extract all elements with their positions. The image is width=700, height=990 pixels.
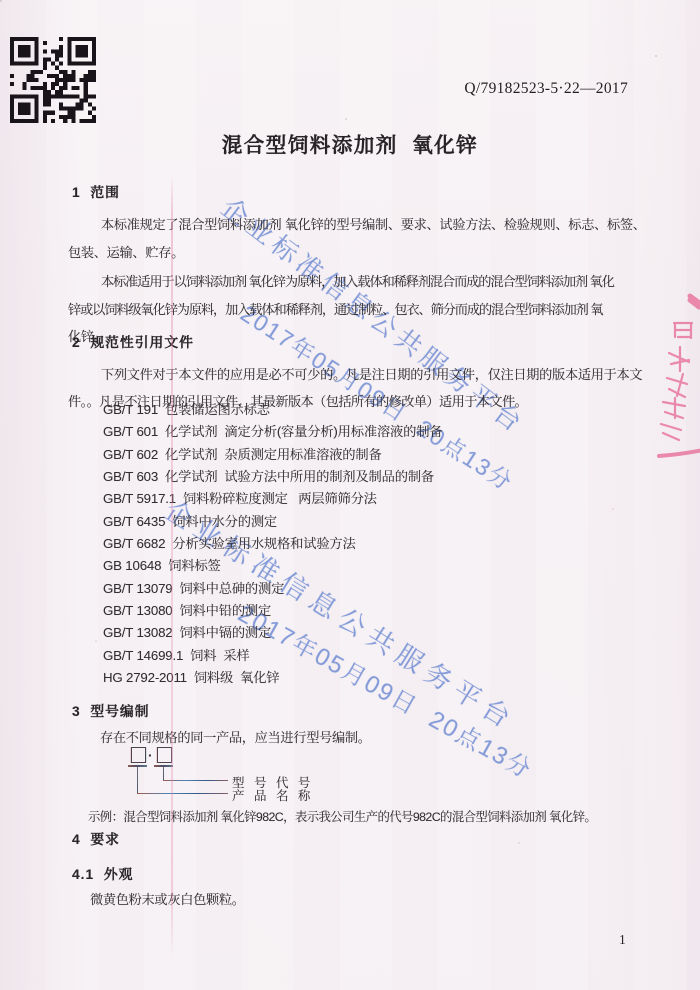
scope-paragraph-line: 本标准规定了混合型饲料添加剂 氧化锌的型号编制、要求、试验方法、检验规则、标志、… <box>101 214 646 233</box>
references-intro-line: 下列文件对于本文件的应用是必不可少的。凡是注日期的引用文件，仅注日期的版本适用于… <box>101 364 642 383</box>
scope-paragraph-line: 锌或以饲料级氧化锌为原料，加入载体和稀释剂，通过制粒、包衣、筛分而成的混合型饲料… <box>68 299 602 318</box>
page-number: 1 <box>619 932 626 948</box>
reference-item: GB/T 603 化学试剂 试验方法中所用的制剂及制品的制备 <box>103 466 442 488</box>
scan-specks <box>0 0 2 2</box>
product-name-label: 产 品 名 称 <box>232 786 313 804</box>
reference-item: GB/T 13082 饲料中镉的测定 <box>103 622 442 644</box>
page-title: 混合型饲料添加剂 氧化锌 <box>0 128 700 158</box>
model-separator-dot: · <box>148 747 153 763</box>
scanned-document-page: 企业标准信息公共服务平台 2017年05月09日 20点13分 企业标准信息公共… <box>0 0 700 990</box>
reference-item: GB/T 5917.1 饲料粉碎粒度测定 两层筛筛分法 <box>103 488 442 510</box>
reference-item: GB/T 601 化学试剂 滴定分析(容量分析)用标准溶液的制备 <box>103 421 442 443</box>
reference-item: GB/T 13080 饲料中铅的测定 <box>103 600 442 622</box>
model-numbering-paragraph: 存在不同规格的同一产品，应当进行型号编制。 <box>100 727 371 746</box>
section-1-heading: 1 范围 <box>72 181 120 201</box>
reference-item: GB/T 6682 分析实验室用水规格和试验方法 <box>103 533 442 555</box>
scope-paragraph-line: 包装、运输、贮存。 <box>68 242 184 261</box>
diagram-connector-line <box>163 767 164 781</box>
reference-item: GB/T 191 包装储运图示标志 <box>103 399 442 421</box>
qr-code <box>10 37 96 123</box>
diagram-connector-line <box>137 767 138 794</box>
reference-item: GB/T 602 化学试剂 杂质测定用标准溶液的制备 <box>103 444 442 466</box>
model-code-box <box>157 747 172 763</box>
appearance-paragraph: 微黄色粉末或灰白色颗粒。 <box>90 889 245 908</box>
reference-item: GB 10648 饲料标签 <box>103 555 442 577</box>
reference-item: GB/T 6435 饲料中水分的测定 <box>103 511 442 533</box>
model-code-box <box>131 747 146 763</box>
reference-item: HG 2792-2011 饲料级 氧化锌 <box>103 667 442 689</box>
normative-references-list: GB/T 191 包装储运图示标志 GB/T 601 化学试剂 滴定分析(容量分… <box>103 399 442 689</box>
section-3-heading: 3 型号编制 <box>72 700 150 720</box>
red-stamp <box>655 290 700 470</box>
section-2-heading: 2 规范性引用文件 <box>72 331 194 351</box>
crease-line <box>171 174 173 960</box>
reference-item: GB/T 13079 饲料中总砷的测定 <box>103 578 442 600</box>
section-4-heading: 4 要求 <box>72 828 120 848</box>
scope-paragraph-line: 本标准适用于以饲料添加剂 氧化锌为原料，加入载体和稀释剂混合而成的混合型饲料添加… <box>101 271 614 290</box>
diagram-connector-line <box>137 793 228 794</box>
reference-item: GB/T 14699.1 饲料 采样 <box>103 645 442 667</box>
example-line: 示例：混合型饲料添加剂 氧化锌982C，表示我公司生产的代号982C的混合型饲料… <box>88 807 596 825</box>
document-code: Q/79182523-5·22—2017 <box>464 80 628 98</box>
section-4-1-heading: 4.1 外观 <box>72 863 133 883</box>
